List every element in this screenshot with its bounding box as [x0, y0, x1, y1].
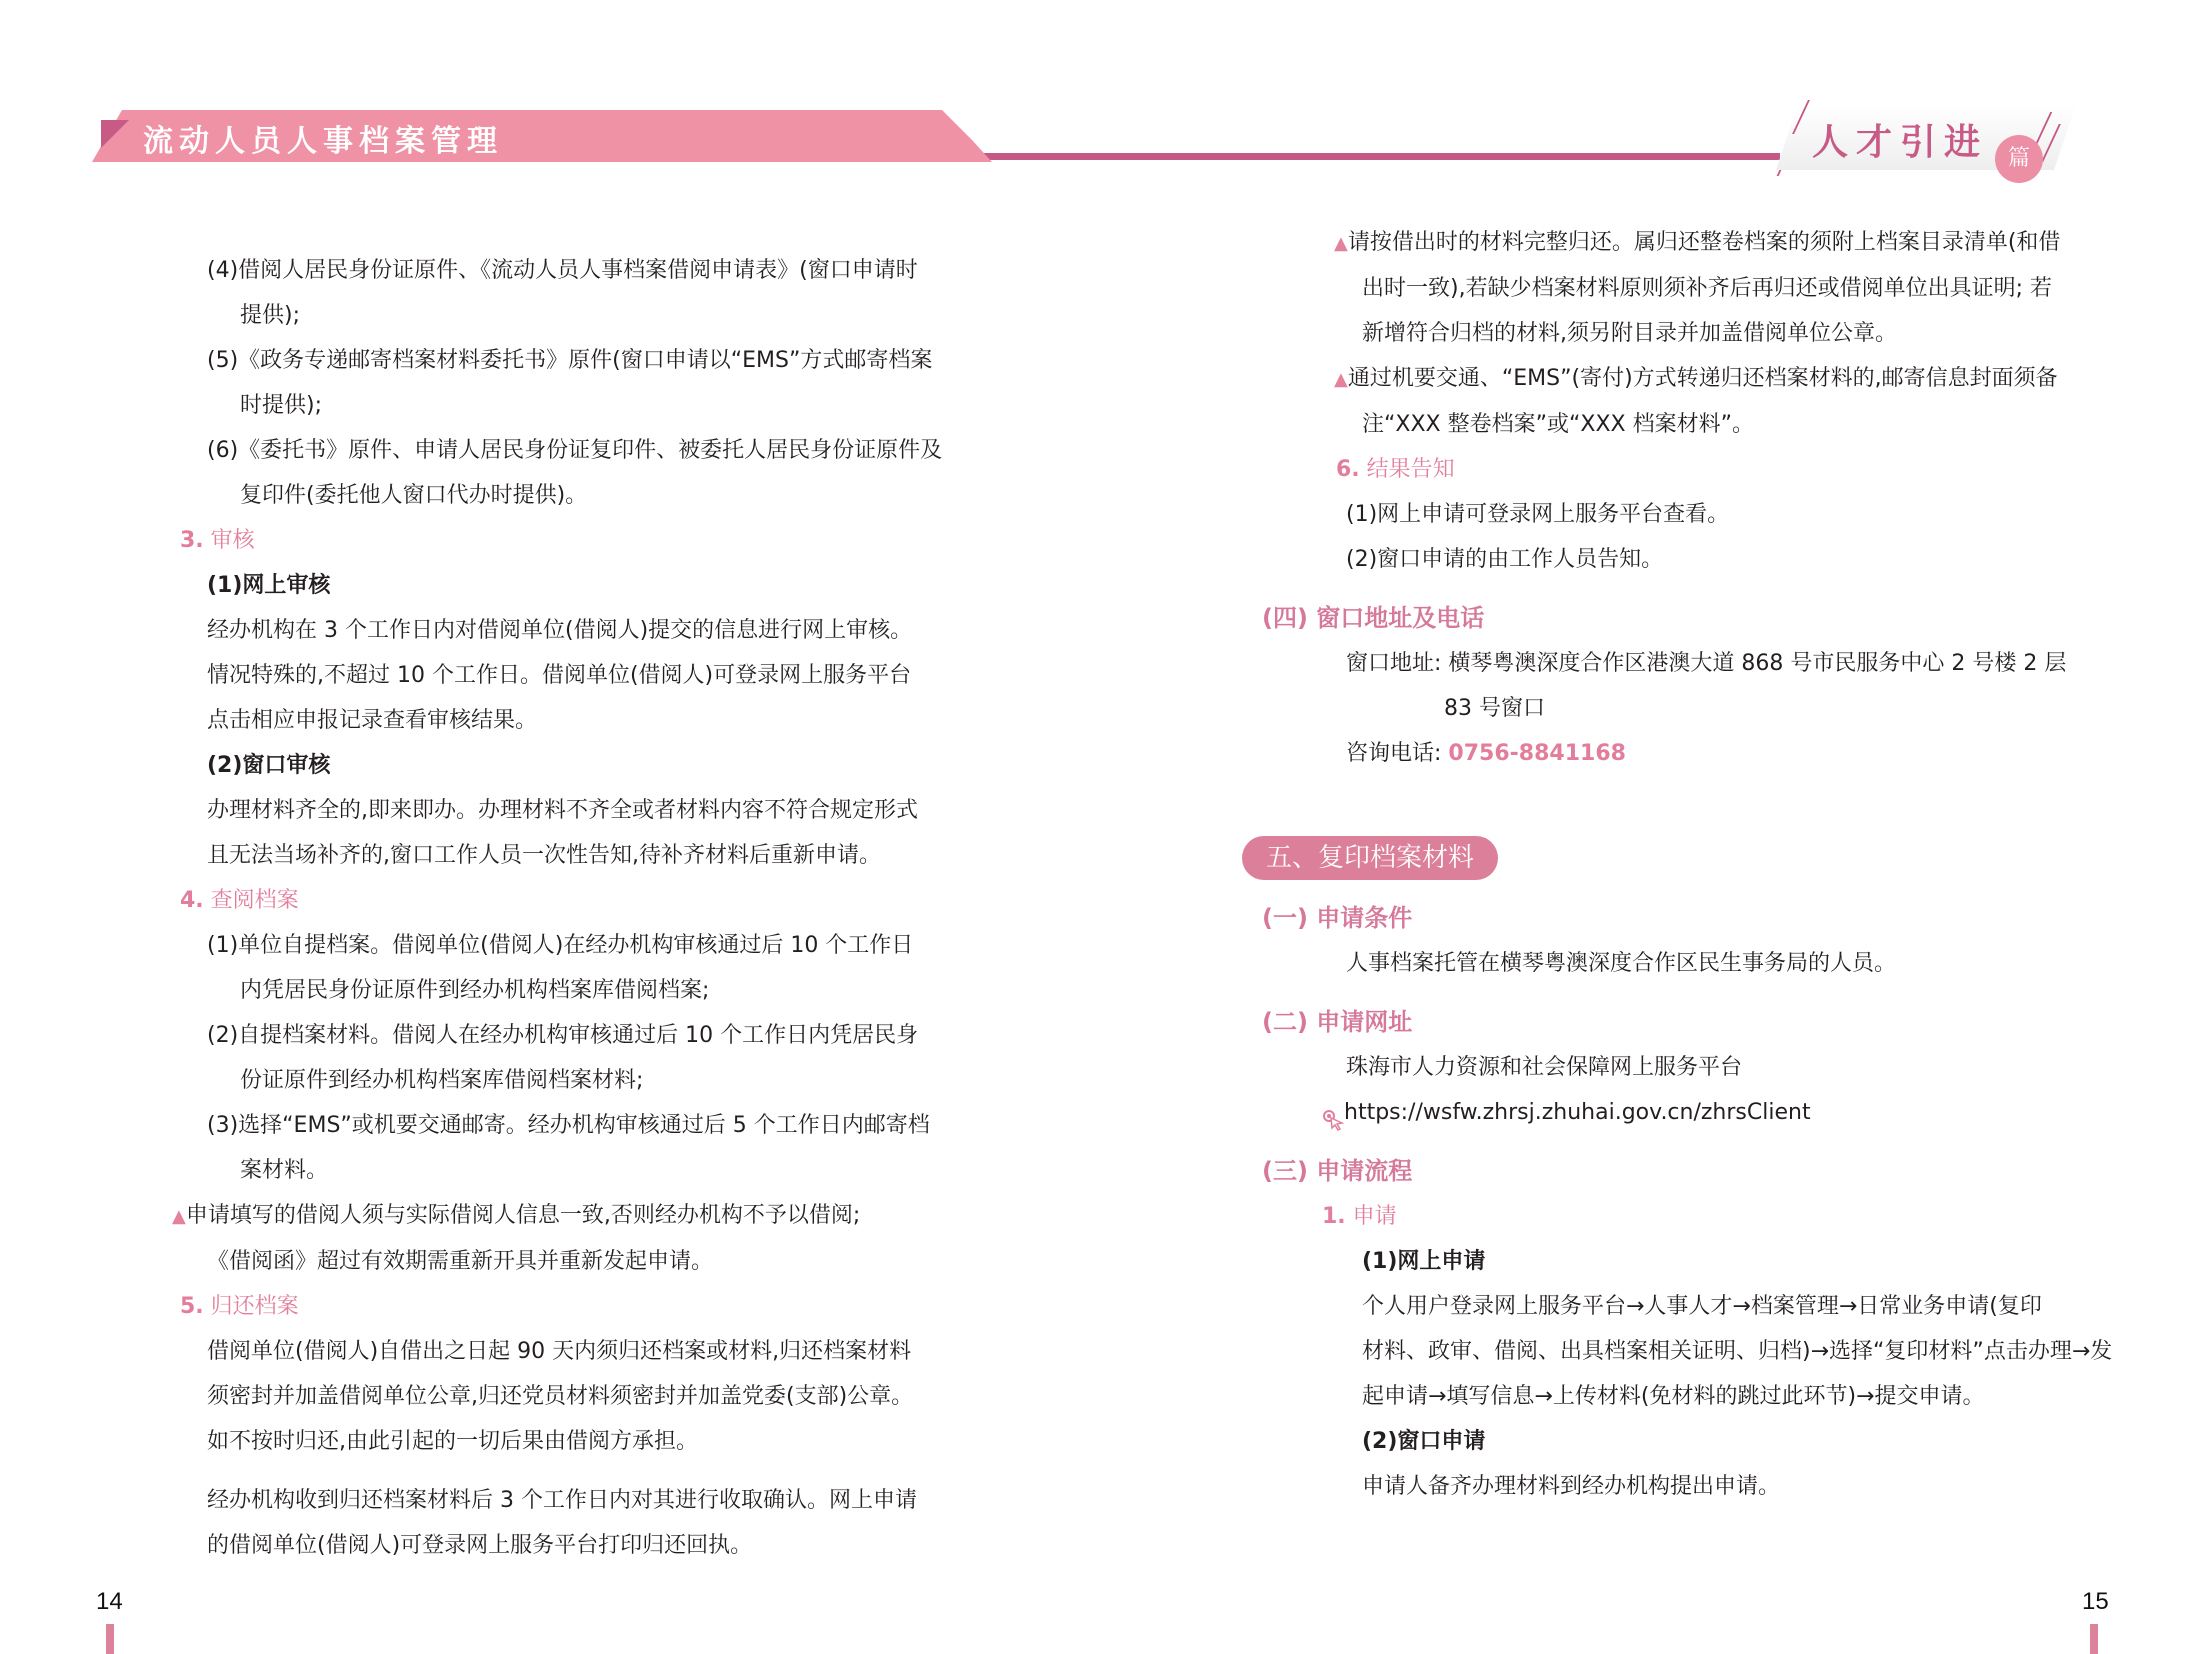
paragraph-line: 且无法当场补齐的,窗口工作人员一次性告知,待补齐材料后重新申请。: [180, 833, 1000, 878]
paragraph-line: 人事档案托管在横琴粤澳深度合作区民生事务局的人员。: [1262, 941, 2142, 986]
list-item-cont: 内凭居民身份证原件到经办机构档案库借阅档案;: [180, 968, 1000, 1013]
list-item-cont: 复印件(委托他人窗口代办时提供)。: [180, 473, 1000, 518]
triangle-bullet-icon: ▲: [1334, 233, 1348, 254]
list-item: (1)网上申请可登录网上服务平台查看。: [1262, 492, 2142, 537]
note-line: ▲通过机要交通、“EMS”(寄付)方式转递归还档案材料的,邮寄信息封面须备: [1262, 356, 2142, 402]
list-item: (6)《委托书》原件、申请人居民身份证复印件、被委托人居民身份证原件及: [180, 428, 1000, 473]
list-item: (3)选择“EMS”或机要交通邮寄。经办机构审核通过后 5 个工作日内邮寄档: [180, 1103, 1000, 1148]
page-number-left: 14: [96, 1588, 123, 1616]
page-bar-right: [2090, 1624, 2098, 1654]
list-item-cont: 时提供);: [180, 383, 1000, 428]
left-column: (4)借阅人居民身份证原件、《流动人员人事档案借阅申请表》(窗口申请时 提供);…: [180, 248, 1000, 1568]
header-badge: 篇: [1995, 135, 2043, 183]
paragraph-line: 的借阅单位(借阅人)可登录网上服务平台打印归还回执。: [180, 1523, 1000, 1568]
address-line: 窗口地址: 横琴粤澳深度合作区港澳大道 868 号市民服务中心 2 号楼 2 层: [1262, 641, 2142, 686]
list-item: (2)窗口申请的由工作人员告知。: [1262, 537, 2142, 582]
header-line: [960, 153, 1780, 160]
address-value: 横琴粤澳深度合作区港澳大道 868 号市民服务中心 2 号楼 2 层: [1448, 651, 2066, 676]
header-right-title: 人才引进: [1812, 114, 1988, 165]
note-line: ▲请按借出时的材料完整归还。属归还整卷档案的须附上档案目录清单(和借: [1262, 220, 2142, 266]
paragraph-line: 经办机构在 3 个工作日内对借阅单位(借阅人)提交的信息进行网上审核。: [180, 608, 1000, 653]
paragraph-line: 须密封并加盖借阅单位公章,归还党员材料须密封并加盖党委(支部)公章。: [180, 1374, 1000, 1419]
url-link[interactable]: https://wsfw.zhrsj.zhuhai.gov.cn/zhrsCli…: [1344, 1100, 1811, 1125]
note-line-cont: 注“XXX 整卷档案”或“XXX 档案材料”。: [1262, 402, 2142, 447]
header-triangle-icon: [101, 120, 129, 148]
paragraph-line: 如不按时归还,由此引起的一切后果由借阅方承担。: [180, 1419, 1000, 1464]
right-column: ▲请按借出时的材料完整归还。属归还整卷档案的须附上档案目录清单(和借 出时一致)…: [1262, 220, 2142, 1509]
note-line: ▲申请填写的借阅人须与实际借阅人信息一致,否则经办机构不予以借阅;: [172, 1193, 1000, 1239]
paragraph-line: 办理材料齐全的,即来即办。办理材料不齐全或者材料内容不符合规定形式: [180, 788, 1000, 833]
list-item: (1)单位自提档案。借阅单位(借阅人)在经办机构审核通过后 10 个工作日: [180, 923, 1000, 968]
paragraph-line: 借阅单位(借阅人)自借出之日起 90 天内须归还档案或材料,归还档案材料: [180, 1329, 1000, 1374]
section-heading-audit: 3. 审核: [180, 518, 1000, 563]
phone-label: 咨询电话:: [1346, 741, 1441, 766]
url-line: https://wsfw.zhrsj.zhuhai.gov.cn/zhrsCli…: [1262, 1090, 2142, 1135]
heading-conditions: (一) 申请条件: [1262, 896, 2142, 941]
paragraph-line: 经办机构收到归还档案材料后 3 个工作日内对其进行收取确认。网上申请: [180, 1478, 1000, 1523]
heading-window-contact: (四) 窗口地址及电话: [1262, 596, 2142, 641]
list-item-cont: 案材料。: [180, 1148, 1000, 1193]
paragraph-line: 起申请→填写信息→上传材料(免材料的跳过此环节)→提交申请。: [1262, 1374, 2142, 1419]
address-line-cont: 83 号窗口: [1262, 686, 2142, 731]
section-heading-return-archive: 5. 归还档案: [180, 1284, 1000, 1329]
page-bar-left: [106, 1624, 114, 1654]
list-item-cont: 提供);: [180, 293, 1000, 338]
subheading-window-audit: (2)窗口审核: [180, 743, 1000, 788]
note-line-cont: 出时一致),若缺少档案材料原则须补齐后再归还或借阅单位出具证明; 若: [1262, 266, 2142, 311]
heading-process: (三) 申请流程: [1262, 1149, 2142, 1194]
address-label: 窗口地址:: [1346, 651, 1441, 676]
list-item: (2)自提档案材料。借阅人在经办机构审核通过后 10 个工作日内凭居民身: [180, 1013, 1000, 1058]
section-heading-view-archive: 4. 查阅档案: [180, 878, 1000, 923]
phone-line: 咨询电话: 0756-8841168: [1262, 731, 2142, 776]
note-line-cont: 《借阅函》超过有效期需重新开具并重新发起申请。: [180, 1239, 1000, 1284]
section-pill-copy-materials: 五、复印档案材料: [1242, 836, 1498, 880]
paragraph-line: 点击相应申报记录查看审核结果。: [180, 698, 1000, 743]
list-item-cont: 份证原件到经办机构档案库借阅档案材料;: [180, 1058, 1000, 1103]
note-line-cont: 新增符合归档的材料,须另附目录并加盖借阅单位公章。: [1262, 311, 2142, 356]
phone-number[interactable]: 0756-8841168: [1448, 741, 1626, 766]
paragraph-line: 情况特殊的,不超过 10 个工作日。借阅单位(借阅人)可登录网上服务平台: [180, 653, 1000, 698]
subheading-window-apply: (2)窗口申请: [1262, 1419, 2142, 1464]
subheading-online-apply: (1)网上申请: [1262, 1239, 2142, 1284]
paragraph-line: 申请人备齐办理材料到经办机构提出申请。: [1262, 1464, 2142, 1509]
list-item: (4)借阅人居民身份证原件、《流动人员人事档案借阅申请表》(窗口申请时: [180, 248, 1000, 293]
heading-url: (二) 申请网址: [1262, 1000, 2142, 1045]
header-left-title: 流动人员人事档案管理: [143, 116, 503, 160]
paragraph-line: 个人用户登录网上服务平台→人事人才→档案管理→日常业务申请(复印: [1262, 1284, 2142, 1329]
list-item: (5)《政务专递邮寄档案材料委托书》原件(窗口申请以“EMS”方式邮寄档案: [180, 338, 1000, 383]
page-number-right: 15: [2082, 1588, 2109, 1616]
triangle-bullet-icon: ▲: [1334, 369, 1348, 390]
platform-name: 珠海市人力资源和社会保障网上服务平台: [1262, 1045, 2142, 1090]
paragraph-line: 材料、政审、借阅、出具档案相关证明、归档)→选择“复印材料”点击办理→发: [1262, 1329, 2142, 1374]
section-pill-wrap: 五、复印档案材料: [1242, 836, 2142, 890]
triangle-bullet-icon: ▲: [172, 1206, 186, 1227]
click-cursor-icon: [1322, 1102, 1344, 1124]
step-heading-apply: 1. 申请: [1262, 1194, 2142, 1239]
section-heading-result: 6. 结果告知: [1262, 447, 2142, 492]
subheading-online-audit: (1)网上审核: [180, 563, 1000, 608]
